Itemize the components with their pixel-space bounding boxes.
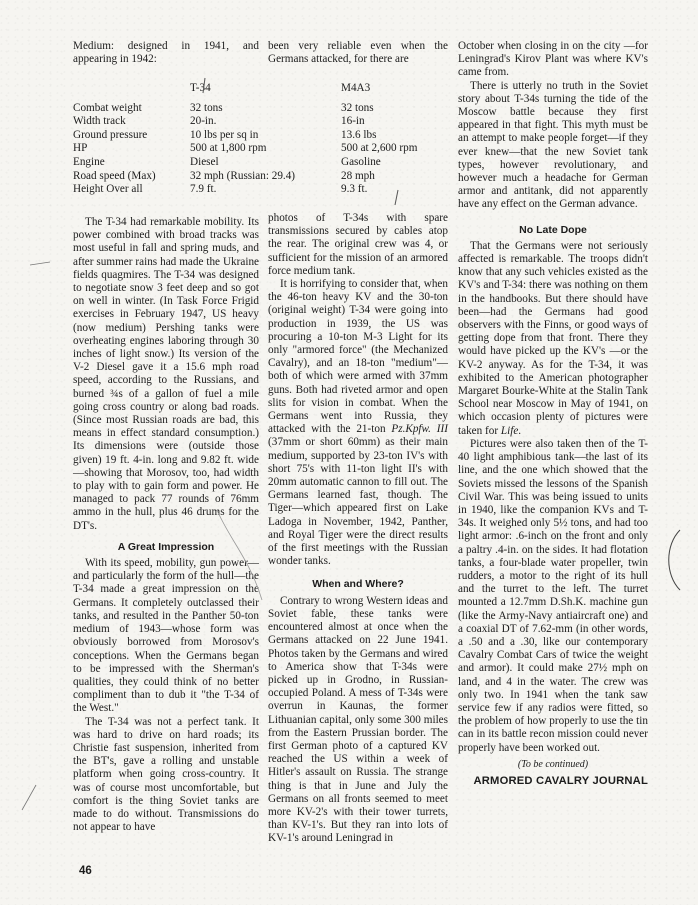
spec-cell-m4a3: 16-in [341, 115, 417, 129]
spec-row: EngineDieselGasoline [73, 156, 417, 170]
spec-cell-label: HP [73, 142, 190, 156]
section-heading: When and Where? [268, 578, 448, 591]
spec-cell-m4a3: 28 mph [341, 170, 417, 184]
spec-cell-m4a3: 9.3 ft. [341, 183, 417, 197]
paragraph: With its speed, mobility, gun power—and … [73, 557, 259, 715]
spec-cell-t34: 500 at 1,800 rpm [190, 142, 341, 156]
column-1-body: The T-34 had remarkable mobility. Its po… [73, 216, 259, 834]
spec-header-t34: T-34 [190, 82, 341, 102]
section-heading: A Great Impression [73, 541, 259, 554]
paragraph: The T-34 had remarkable mobility. Its po… [73, 216, 259, 533]
spec-cell-t34: 32 tons [190, 102, 341, 116]
text-span: . [518, 425, 521, 437]
paragraph: Contrary to wrong Western ideas and Sovi… [268, 595, 448, 846]
spec-cell-t34: 20-in. [190, 115, 341, 129]
spec-cell-t34: Diesel [190, 156, 341, 170]
paragraph: Pictures were also taken then of the T-4… [458, 438, 648, 755]
column-3: October when closing in on the city —for… [458, 40, 648, 788]
paragraph: It is horrifying to consider that, when … [268, 278, 448, 568]
spec-row: Combat weight32 tons32 tons [73, 102, 417, 116]
intro-text-col3: October when closing in on the city —for… [458, 40, 648, 80]
spec-cell-m4a3: Gasoline [341, 156, 417, 170]
spec-cell-label: Width track [73, 115, 190, 129]
spec-row: HP500 at 1,800 rpm500 at 2,600 rpm [73, 142, 417, 156]
paragraph: photos of T-34s with spare transmissions… [268, 212, 448, 278]
spec-cell-label: Engine [73, 156, 190, 170]
spec-cell-m4a3: 32 tons [341, 102, 417, 116]
spec-cell-t34: 7.9 ft. [190, 183, 341, 197]
page-number: 46 [79, 865, 92, 877]
text-span: It is horrifying to consider that, when … [268, 278, 448, 435]
spec-row: Height Over all7.9 ft.9.3 ft. [73, 183, 417, 197]
paragraph: The T-34 was not a perfect tank. It was … [73, 716, 259, 835]
spec-cell-m4a3: 13.6 lbs [341, 129, 417, 143]
column-1: Medium: designed in 1941, and appearing … [73, 40, 259, 66]
spec-cell-label: Combat weight [73, 102, 190, 116]
spec-header-m4a3: M4A3 [341, 82, 417, 102]
spec-cell-t34: 32 mph (Russian: 29.4) [190, 170, 341, 184]
paragraph: There is utterly no truth in the Soviet … [458, 80, 648, 212]
text-span: That the Germans were not seriously affe… [458, 240, 648, 437]
spec-row: Road speed (Max)32 mph (Russian: 29.4)28… [73, 170, 417, 184]
spec-cell-t34: 10 lbs per sq in [190, 129, 341, 143]
spec-cell-label: Height Over all [73, 183, 190, 197]
column-2-body: photos of T-34s with spare transmissions… [268, 212, 448, 846]
italic-span: Pz.Kpfw. III [391, 423, 448, 435]
spec-row: Width track20-in.16-in [73, 115, 417, 129]
section-heading: No Late Dope [458, 224, 648, 237]
text-span: (37mm or short 60mm) as their main mediu… [268, 436, 448, 567]
spec-cell-label: Road speed (Max) [73, 170, 190, 184]
intro-text-col2: been very reliable even when the Germans… [268, 40, 448, 66]
continued-note: (To be continued) [458, 758, 648, 771]
paragraph: That the Germans were not seriously affe… [458, 240, 648, 438]
journal-title: ARMORED CAVALRY JOURNAL [458, 775, 648, 788]
column-2: been very reliable even when the Germans… [268, 40, 448, 66]
intro-text-col1: Medium: designed in 1941, and appearing … [73, 40, 259, 66]
spec-cell-m4a3: 500 at 2,600 rpm [341, 142, 417, 156]
spec-header-label [73, 82, 190, 102]
document-page: Medium: designed in 1941, and appearing … [0, 0, 698, 905]
spec-cell-label: Ground pressure [73, 129, 190, 143]
italic-span: Life [501, 425, 518, 437]
spec-table: T-34 M4A3 Combat weight32 tons32 tonsWid… [73, 82, 453, 197]
spec-row: Ground pressure10 lbs per sq in13.6 lbs [73, 129, 417, 143]
